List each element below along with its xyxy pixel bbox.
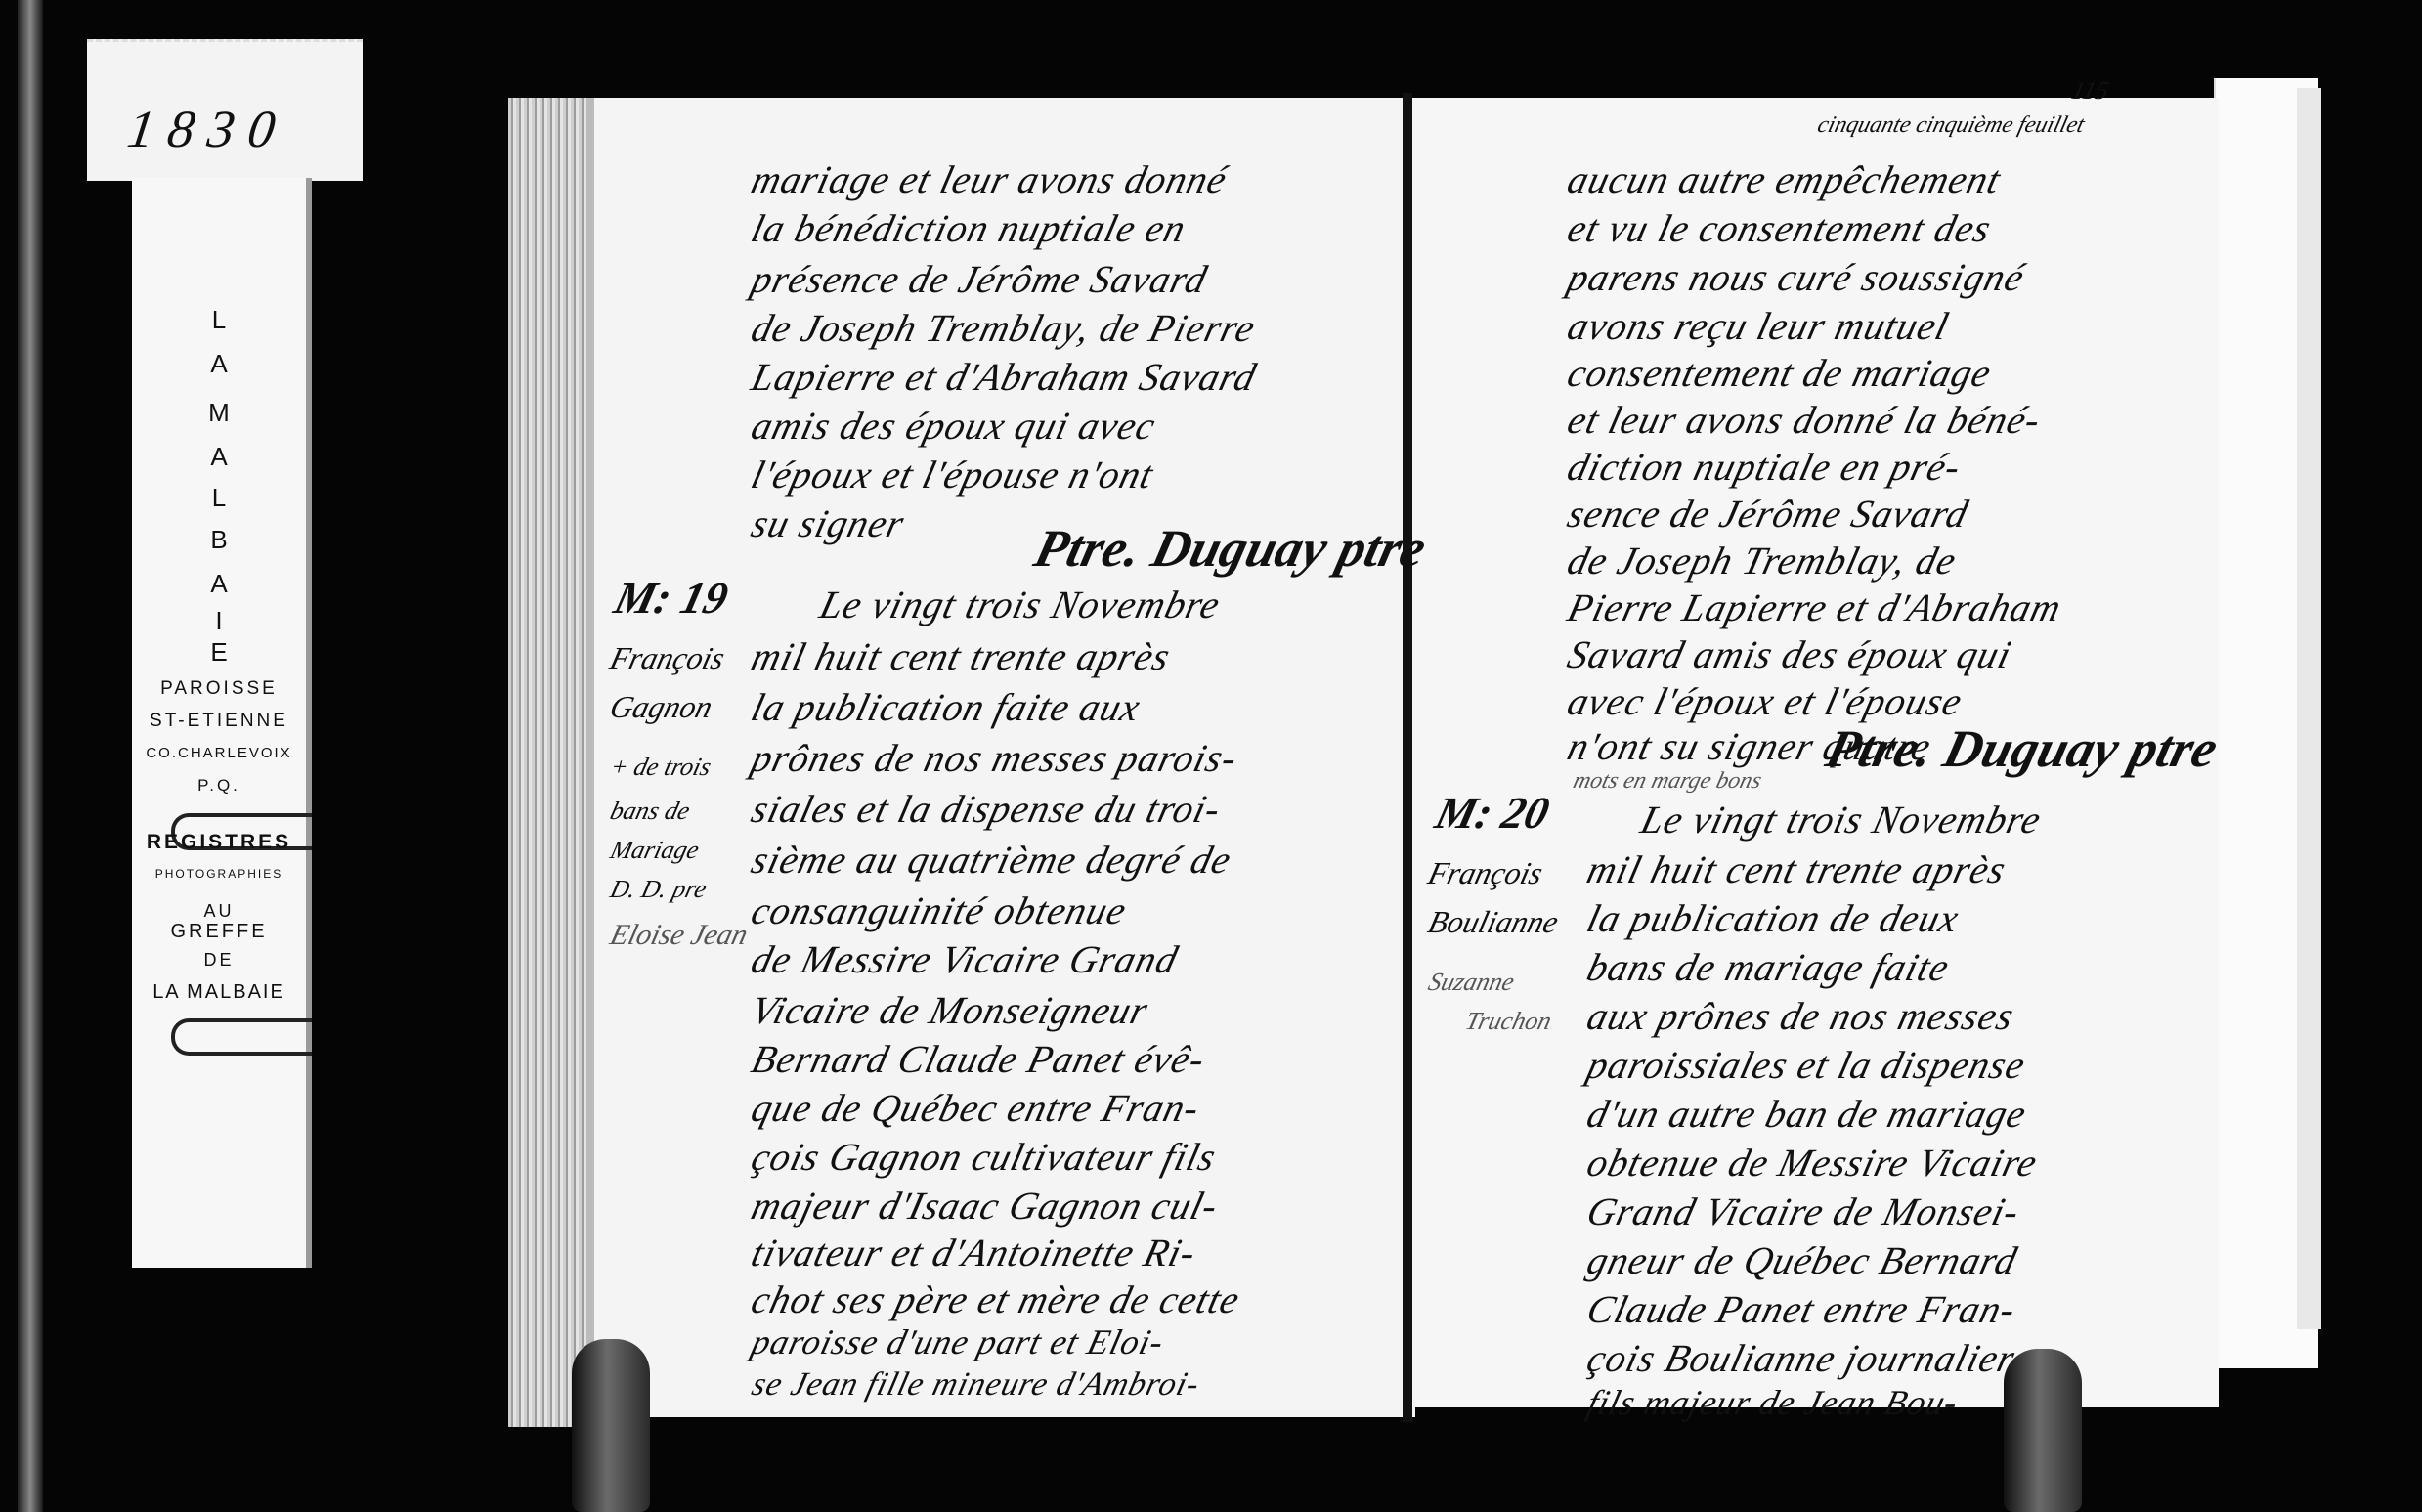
margin-name: François — [606, 640, 728, 676]
entry-line: consanguinité obtenue — [747, 887, 1132, 933]
left-continuation-line: Lapierre et d'Abraham Savard — [747, 354, 1261, 400]
right-continuation-line: diction nuptiale en pré- — [1563, 444, 1966, 490]
left-continuation-line: l'époux et l'épouse n'ont — [747, 452, 1158, 497]
entry-line: se Jean fille mineure d'Ambroi- — [748, 1366, 1203, 1404]
priest-signature: Ptre. Duguay ptre — [1028, 518, 1432, 579]
left-continuation-line: la bénédiction nuptiale en — [747, 205, 1190, 251]
registry-line: GREFFE — [132, 921, 306, 943]
entry-line: tivateur et d'Antoinette Ri- — [747, 1230, 1201, 1275]
right-continuation-line: Savard amis des époux qui — [1563, 631, 2016, 677]
entry-line: paroisse d'une part et Eloi- — [748, 1321, 1169, 1362]
loose-sheet-edge — [2297, 88, 2321, 1329]
right-continuation-line: avec l'époux et l'épouse — [1563, 678, 1968, 724]
entry-line: prônes de nos messes parois- — [747, 735, 1242, 781]
left-continuation-line: amis des époux qui avec — [747, 403, 1160, 449]
entry-line: siales et la dispense du troi- — [747, 786, 1226, 832]
left-continuation-line: mariage et leur avons donné — [747, 156, 1232, 202]
right-continuation-line: sence de Jérôme Savard — [1563, 491, 1973, 537]
place-letter: L — [132, 305, 306, 335]
entry-line: bans de mariage faite — [1582, 944, 1954, 990]
margin-note: Mariage — [607, 836, 702, 865]
entry-line: Le vingt trois Novembre — [1636, 797, 2046, 842]
place-letter: E — [132, 637, 306, 668]
margin-note: + de trois — [607, 753, 714, 782]
entry-number: M: 20 — [1430, 787, 1554, 839]
margin-name: Boulianne — [1424, 904, 1562, 940]
pencil-annotation: Suzanne — [1425, 968, 1517, 997]
entry-line: Grand Vicaire de Monsei- — [1582, 1188, 2024, 1234]
folio-note: cinquante cinquième feuillet — [1815, 112, 2088, 139]
registry-line: PHOTOGRAPHIES — [132, 867, 306, 881]
right-continuation-line: et vu le consentement des — [1563, 205, 1996, 251]
entry-line: mil huit cent trente après — [1582, 846, 2011, 892]
book-gutter — [1403, 93, 1412, 1422]
place-letter: I — [132, 606, 306, 636]
paper-clip-icon — [171, 1018, 312, 1056]
entry-line: Bernard Claude Panet évê- — [747, 1036, 1210, 1082]
right-continuation-line: et leur avons donné la béné- — [1563, 397, 2046, 443]
margin-name: Gagnon — [606, 689, 715, 725]
place-letter: A — [132, 349, 306, 379]
margin-note: bans de — [607, 797, 693, 826]
right-continuation-line: avons reçu leur mutuel — [1563, 303, 1954, 349]
entry-line: la publication de deux — [1582, 895, 1964, 941]
page-number: 115 — [2068, 76, 2112, 106]
registry-line: DE — [132, 950, 306, 971]
microfilm-rod — [18, 0, 43, 1512]
place-letter: M — [132, 398, 306, 428]
entry-line: de Messire Vicaire Grand — [747, 936, 1183, 982]
entry-line: d'un autre ban de mariage — [1582, 1091, 2031, 1137]
registry-line: LA MALBAIE — [132, 981, 306, 1004]
right-continuation-line: parens nous curé soussigné — [1563, 254, 2029, 300]
entry-line: çois Boulianne journalier — [1582, 1335, 2020, 1381]
holding-finger — [2004, 1349, 2082, 1512]
right-continuation-line: aucun autre empêchement — [1563, 156, 2006, 202]
entry-line: sième au quatrième degré de — [747, 837, 1236, 883]
entry-line: fils majeur de Jean Bou- — [1583, 1382, 1963, 1423]
registry-line: REGISTRES — [132, 831, 306, 854]
entry-line: aux prônes de nos messes — [1582, 993, 2019, 1039]
place-letter: B — [132, 525, 306, 555]
pencil-annotation: Eloise Jean — [607, 919, 752, 952]
parish-line: P.Q. — [132, 776, 306, 796]
margin-note: D. D. pre — [607, 875, 710, 904]
entry-line: que de Québec entre Fran- — [747, 1085, 1204, 1131]
entry-line: gneur de Québec Bernard — [1582, 1237, 2022, 1283]
year-label-card: 1830 — [87, 39, 363, 181]
entry-line: paroissiales et la dispense — [1582, 1042, 2030, 1088]
entry-line: chot ses père et mère de cette — [747, 1276, 1245, 1322]
place-letter: A — [132, 569, 306, 599]
place-letter: A — [132, 442, 306, 472]
left-continuation-line: de Joseph Tremblay, de Pierre — [747, 305, 1260, 351]
holding-finger — [572, 1339, 650, 1512]
entry-line: Le vingt trois Novembre — [815, 582, 1225, 627]
left-continuation-line: su signer — [747, 500, 909, 546]
right-continuation-line: consentement de mariage — [1563, 350, 1996, 396]
pencil-annotation: Truchon — [1462, 1007, 1554, 1036]
margin-name: François — [1424, 855, 1546, 891]
registry-line: AU — [132, 901, 306, 922]
entry-line: mil huit cent trente après — [747, 633, 1175, 679]
entry-line: Claude Panet entre Fran- — [1582, 1286, 2021, 1332]
parish-line: ST-ETIENNE — [132, 711, 306, 732]
spine-label-strip: L A M A L B A I E PAROISSE ST-ETIENNE CO… — [132, 178, 312, 1268]
priest-signature: Ptre. Duguay ptre — [1820, 718, 2224, 779]
entry-line: obtenue de Messire Vicaire — [1582, 1140, 2043, 1186]
entry-line: Vicaire de Monseigneur — [747, 987, 1153, 1033]
left-continuation-line: présence de Jérôme Savard — [747, 256, 1212, 302]
right-continuation-line: mots en marge bons — [1571, 768, 1764, 795]
place-letter: L — [132, 483, 306, 513]
book-page-edges — [508, 98, 596, 1427]
right-continuation-line: Pierre Lapierre et d'Abraham — [1563, 584, 2066, 630]
parish-line: CO.CHARLEVOIX — [132, 745, 306, 761]
entry-line: majeur d'Isaac Gagnon cul- — [747, 1183, 1223, 1229]
entry-number: M: 19 — [609, 572, 733, 624]
year-label: 1830 — [124, 99, 293, 159]
entry-line: çois Gagnon cultivateur fils — [747, 1134, 1221, 1180]
entry-line: la publication faite aux — [747, 684, 1146, 730]
parish-line: PAROISSE — [132, 678, 306, 700]
right-continuation-line: de Joseph Tremblay, de — [1563, 538, 1962, 583]
